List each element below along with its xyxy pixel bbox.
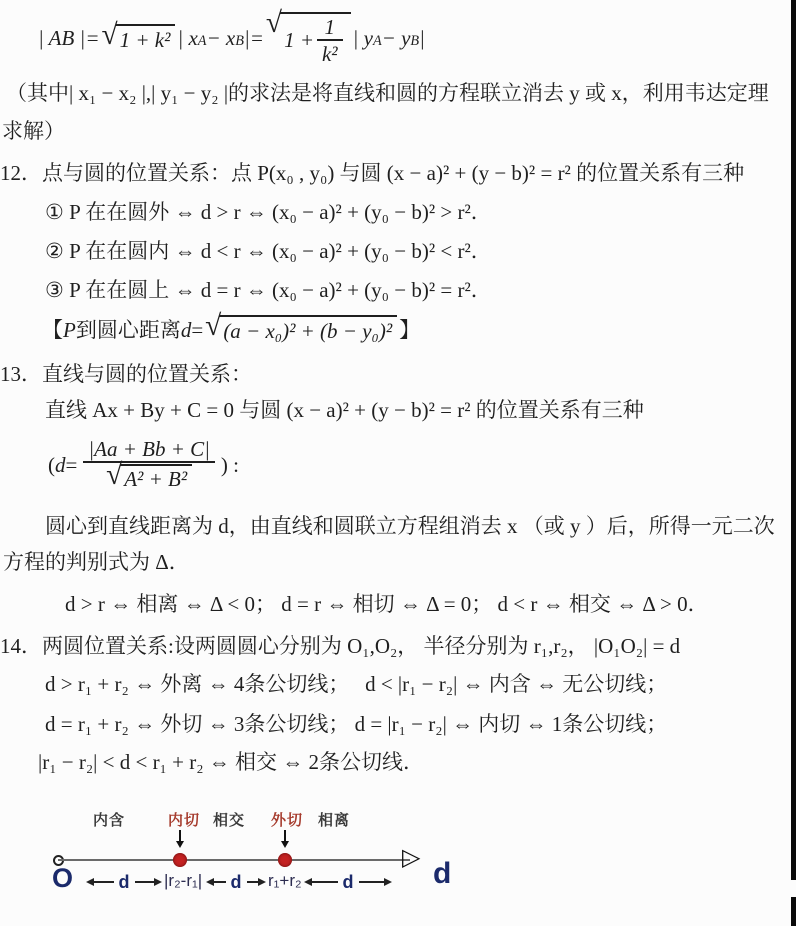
radical: √A² + B²: [106, 464, 192, 493]
formula-part: |=: [244, 25, 264, 52]
formula-part: =: [66, 452, 78, 479]
d-axis-label: d: [433, 859, 451, 889]
label-waiqie: 外切: [271, 809, 303, 830]
d-segment-arrow: d: [86, 875, 162, 889]
formula-part: P: [63, 317, 76, 344]
formula-part: 到圆心距离: [76, 317, 181, 344]
arrow-line: [214, 881, 226, 883]
arrow-line: [247, 881, 259, 883]
item14-case-1: d > r₁ + r₂ ⇔ 外离 ⇔ 4条公切线； d < |r₁ − r₂| …: [45, 667, 796, 701]
d-segment-arrow: d: [304, 875, 392, 889]
arrowhead-right-icon: [154, 878, 162, 886]
item12-case-3: ③ P 在在圆上 ⇔ d = r ⇔ (x₀ − a)² + (y₀ − b)²…: [45, 273, 796, 307]
fraction-numerator: |Aa + Bb + C|: [83, 437, 215, 461]
item14-title-text: 14．两圆位置关系:设两圆圆心分别为 O₁,O₂， 半径分别为 r₁,r₂， |…: [0, 633, 680, 660]
formula-part: | AB |=: [38, 25, 100, 52]
r1-plus-r2-label: r₁+r₂: [268, 871, 302, 891]
circles-position-diagram: 内含 内切 相交 外切 相离 ▷ O d |r₂-r₁| d r₁+r₂ d d: [50, 809, 470, 901]
item12-title-text: 12．点与圆的位置关系：点 P(x₀ , y₀) 与圆 (x − a)² + (…: [0, 160, 744, 187]
arrow-line: [94, 881, 114, 883]
paragraph-text: 圆心到直线距离为 d，由直线和圆联立方程组消去 x （或 y ）后，所得一元二次: [45, 513, 775, 540]
down-arrow-icon: [284, 830, 286, 841]
note-text: （其中| x₁ − x₂ |,| y₁ − y₂ |的求法是将直线和圆的方程联立…: [6, 80, 769, 107]
label-neihan: 内含: [93, 809, 125, 830]
formula-part: ) :: [221, 452, 239, 479]
radical: √(a − x₀)² + (b − y₀)²: [205, 315, 397, 345]
case-text: ③ P 在在圆上 ⇔ d = r ⇔ (x₀ − a)² + (y₀ − b)²…: [45, 277, 492, 304]
case-text: ① P 在在圆外 ⇔ d > r ⇔ (x₀ − a)² + (y₀ − b)²…: [45, 199, 492, 226]
axis-arrowhead-icon: ▷: [402, 846, 420, 870]
subscript: A: [373, 32, 382, 51]
arrow-line: [359, 881, 385, 883]
formula-part: 】: [399, 317, 420, 344]
label-neiqie: 内切: [168, 809, 200, 830]
fraction: |Aa + Bb + C| √A² + B²: [83, 437, 215, 494]
radical: √1 + k²: [102, 24, 176, 54]
paragraph-text: 方程的判别式为 Δ．: [3, 549, 190, 576]
formula-part: =: [191, 317, 203, 344]
d-label: d: [231, 873, 242, 891]
item13-line-text: 直线 Ax + By + C = 0 与圆 (x − a)² + (y − b)…: [45, 397, 644, 424]
item13-cases: d > r ⇔ 相离 ⇔ Δ < 0； d = r ⇔ 相切 ⇔ Δ = 0； …: [65, 587, 796, 621]
radical-sign: √: [106, 461, 122, 490]
formula-part: d: [55, 452, 66, 479]
origin-label: O: [52, 863, 73, 894]
arrow-line: [135, 881, 155, 883]
formula-part: − y: [382, 25, 411, 52]
item14-case-3: |r₁ − r₂| < d < r₁ + r₂ ⇔ 相交 ⇔ 2条公切线．: [38, 745, 796, 779]
radicand: 1 + k²: [116, 24, 176, 54]
document-page: | AB |= √1 + k² | xA − xB |= √1 +1k² | y…: [0, 0, 796, 926]
radicand: 1 +1k²: [280, 12, 351, 66]
radical-sign: √: [102, 21, 118, 50]
r2-minus-r1-label: |r₂-r₁|: [164, 871, 202, 891]
note-line-2: 求解）: [2, 114, 796, 148]
radical: √1 +1k²: [266, 12, 351, 66]
arrow-line: [312, 881, 338, 883]
item12-case-2: ② P 在在圆内 ⇔ d < r ⇔ (x₀ − a)² + (y₀ − b)²…: [45, 234, 796, 268]
arrowhead-right-icon: [384, 878, 392, 886]
case-text: ② P 在在圆内 ⇔ d < r ⇔ (x₀ − a)² + (y₀ − b)²…: [45, 238, 492, 265]
formula-part: d: [181, 317, 192, 344]
formula-part: | x: [177, 25, 197, 52]
item12-distance-formula: 【 P 到圆心距离 d = √(a − x₀)² + (b − y₀)² 】: [42, 309, 796, 351]
note-line-1: （其中| x₁ − x₂ |,| y₁ − y₂ |的求法是将直线和圆的方程联立…: [6, 76, 796, 110]
radicand: A² + B²: [120, 464, 192, 491]
radicand: (a − x₀)² + (b − y₀)²: [219, 315, 397, 345]
fraction-denominator: k²: [317, 39, 343, 66]
item13-paragraph-2: 方程的判别式为 Δ．: [3, 545, 796, 579]
item13-title-text: 13．直线与圆的位置关系：: [0, 361, 252, 388]
inner-tangent-point-icon: [173, 853, 187, 867]
d-label: d: [119, 873, 130, 891]
item13-line-circle: 直线 Ax + By + C = 0 与圆 (x − a)² + (y − b)…: [45, 393, 796, 427]
formula-part: | y: [353, 25, 373, 52]
arrowhead-right-icon: [258, 878, 266, 886]
number-line: [58, 859, 410, 861]
subscript: B: [410, 32, 419, 51]
subscript: A: [198, 32, 207, 51]
item12-title: 12．点与圆的位置关系：点 P(x₀ , y₀) 与圆 (x − a)² + (…: [0, 156, 796, 190]
fraction: 1k²: [317, 15, 343, 66]
arrowhead-left-icon: [86, 878, 94, 886]
note-text: 求解）: [2, 118, 65, 145]
label-xiangli: 相离: [318, 809, 350, 830]
item12-case-1: ① P 在在圆外 ⇔ d > r ⇔ (x₀ − a)² + (y₀ − b)²…: [45, 195, 796, 229]
item14-case-2: d = r₁ + r₂ ⇔ 外切 ⇔ 3条公切线； d = |r₁ − r₂| …: [45, 707, 796, 741]
radical-sign: √: [205, 312, 221, 341]
item13-distance-fraction: ( d = |Aa + Bb + C| √A² + B² ) :: [48, 433, 796, 497]
scan-edge-bar: [791, 0, 796, 880]
case-text: |r₁ − r₂| < d < r₁ + r₂ ⇔ 相交 ⇔ 2条公切线．: [38, 749, 424, 776]
formula-part: (: [48, 452, 55, 479]
item13-paragraph-1: 圆心到直线距离为 d，由直线和圆联立方程组消去 x （或 y ）后，所得一元二次: [45, 509, 796, 543]
scan-edge-bar: [791, 897, 796, 926]
d-label: d: [343, 873, 354, 891]
outer-tangent-point-icon: [278, 853, 292, 867]
radical-sign: √: [266, 9, 282, 38]
case-text: d = r₁ + r₂ ⇔ 外切 ⇔ 3条公切线； d = |r₁ − r₂| …: [45, 711, 667, 738]
item14-title: 14．两圆位置关系:设两圆圆心分别为 O₁,O₂， 半径分别为 r₁,r₂， |…: [0, 629, 796, 663]
fraction-numerator: 1: [317, 15, 343, 39]
d-segment-arrow: d: [206, 875, 266, 889]
item13-title: 13．直线与圆的位置关系：: [0, 357, 796, 391]
formula-chord-length: | AB |= √1 + k² | xA − xB |= √1 +1k² | y…: [38, 12, 796, 66]
formula-part: |: [419, 25, 425, 52]
arrowhead-left-icon: [206, 878, 214, 886]
fraction-denominator: √A² + B²: [83, 461, 215, 493]
down-arrow-icon: [179, 830, 181, 841]
formula-part: − x: [207, 25, 236, 52]
case-text: d > r ⇔ 相离 ⇔ Δ < 0； d = r ⇔ 相切 ⇔ Δ = 0； …: [65, 591, 709, 618]
label-xiangjiao: 相交: [213, 809, 245, 830]
formula-part: 【: [42, 317, 63, 344]
arrowhead-left-icon: [304, 878, 312, 886]
subscript: B: [235, 32, 244, 51]
formula-part: 1 +: [284, 27, 314, 54]
case-text: d > r₁ + r₂ ⇔ 外离 ⇔ 4条公切线； d < |r₁ − r₂| …: [45, 671, 667, 698]
